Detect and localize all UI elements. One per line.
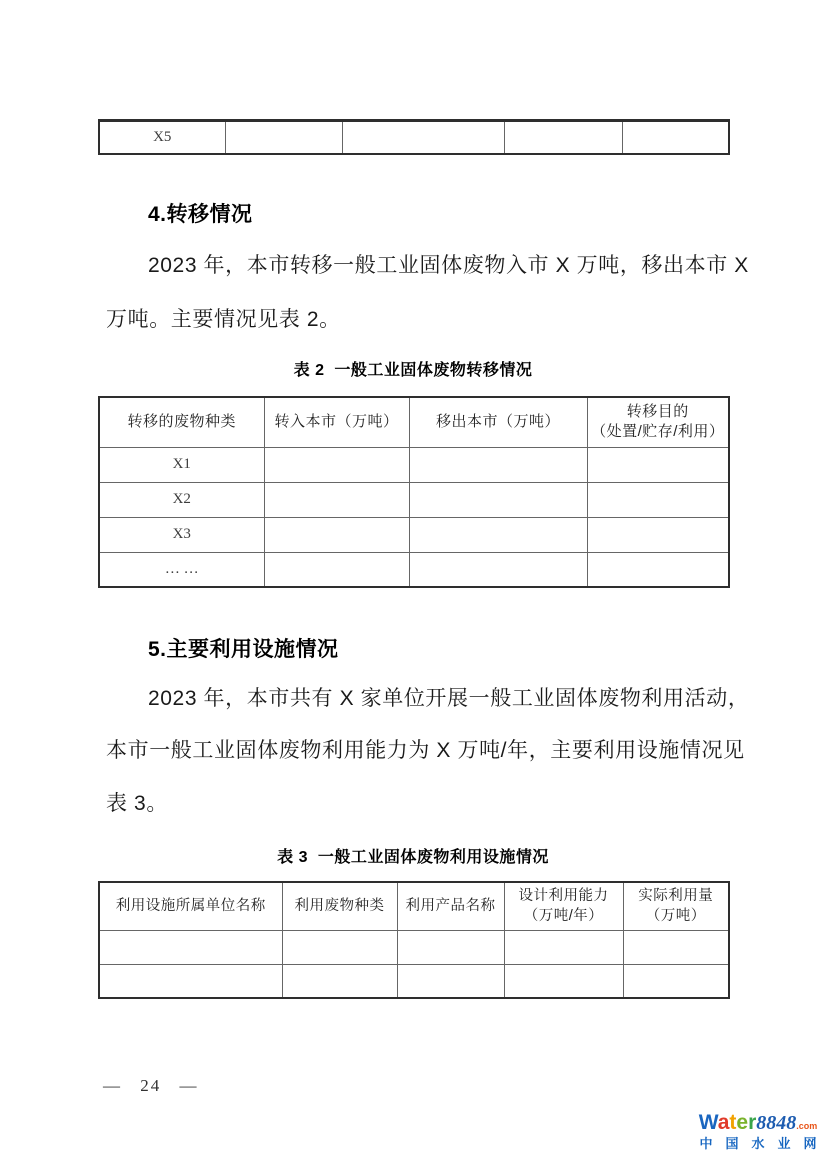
table2-header-purpose: 转移目的 （处置/贮存/利用） [587, 397, 729, 447]
brand-letter: a [718, 1111, 730, 1134]
table2-cell [264, 482, 409, 517]
table3-cell [99, 930, 282, 964]
table3-cell [623, 964, 729, 998]
table2-cell [264, 552, 409, 587]
table-row [99, 964, 729, 998]
table2-cell-label: X1 [99, 447, 264, 482]
table3-header-actual-amount: 实际利用量 （万吨） [623, 882, 729, 930]
brand-number-8848: 8848 [756, 1112, 796, 1134]
table-row: … … [99, 552, 729, 587]
table2-header-in: 转入本市（万吨） [264, 397, 409, 447]
site-watermark-logo: Water8848.com 中国水业网 [692, 1112, 824, 1150]
table1-cell [225, 121, 342, 154]
table2-cell [587, 552, 729, 587]
section4-paragraph-line2: 万吨。主要情况见表 2。 [106, 306, 341, 334]
table3-cell [99, 964, 282, 998]
table3-facilities: 利用设施所属单位名称 利用废物种类 利用产品名称 设计利用能力 （万吨/年） 实… [98, 881, 728, 999]
table2-cell [409, 447, 587, 482]
site-name-text: 中国水业网 [692, 1137, 826, 1150]
table2-caption: 表 2 一般工业固体废物转移情况 [98, 357, 728, 380]
table3-cell [504, 964, 623, 998]
section5-paragraph-line1: 2023 年，本市共有 X 家单位开展一般工业固体废物利用活动， [148, 685, 749, 713]
table2-cell-label: … … [99, 552, 264, 587]
section4-paragraph-line1: 2023 年，本市转移一般工业固体废物入市 X 万吨，移出本市 X [148, 252, 749, 280]
brand-tld-com: .com [796, 1121, 817, 1131]
table-row: X2 [99, 482, 729, 517]
table2-cell [409, 517, 587, 552]
brand-letter: W [699, 1111, 718, 1134]
table-row: X3 [99, 517, 729, 552]
table1-cell [342, 121, 504, 154]
table3-cell [397, 930, 504, 964]
table3-header-design-capacity: 设计利用能力 （万吨/年） [504, 882, 623, 930]
page-number: — 24 — [103, 1076, 199, 1096]
table-header-row: 转移的废物种类 转入本市（万吨） 移出本市（万吨） 转移目的 （处置/贮存/利用… [99, 397, 729, 447]
table2-cell [409, 482, 587, 517]
table2-cell [587, 517, 729, 552]
table-header-row: 利用设施所属单位名称 利用废物种类 利用产品名称 设计利用能力 （万吨/年） 实… [99, 882, 729, 930]
table2-header-out: 移出本市（万吨） [409, 397, 587, 447]
table1-cell-label: X5 [99, 121, 225, 154]
table-row: X5 [99, 121, 729, 154]
brand-line: Water8848.com [692, 1112, 824, 1133]
table2-cell [264, 517, 409, 552]
table3-caption: 表 3 一般工业固体废物利用设施情况 [98, 844, 728, 867]
section4-heading: 4.转移情况 [148, 198, 253, 228]
table2-cell-label: X3 [99, 517, 264, 552]
table3-cell [282, 930, 397, 964]
section5-paragraph-line3: 表 3。 [106, 790, 168, 818]
table1-continuation: X5 [98, 119, 728, 155]
table3-header-product-name: 利用产品名称 [397, 882, 504, 930]
document-page: X5 4.转移情况 2023 年，本市转移一般工业固体废物入市 X 万吨，移出本… [0, 0, 826, 1169]
table3-cell [282, 964, 397, 998]
brand-word-water: Water [699, 1111, 757, 1134]
table2-transfer: 转移的废物种类 转入本市（万吨） 移出本市（万吨） 转移目的 （处置/贮存/利用… [98, 396, 728, 588]
table2-cell [264, 447, 409, 482]
table2-header-waste-type: 转移的废物种类 [99, 397, 264, 447]
table-row: X1 [99, 447, 729, 482]
section5-paragraph-line2: 本市一般工业固体废物利用能力为 X 万吨/年，主要利用设施情况见 [106, 737, 745, 765]
table-row [99, 930, 729, 964]
table3-cell [397, 964, 504, 998]
table3-header-unit-name: 利用设施所属单位名称 [99, 882, 282, 930]
brand-letter: e [736, 1111, 748, 1134]
table3-header-waste-type: 利用废物种类 [282, 882, 397, 930]
table2-cell [409, 552, 587, 587]
table3-cell [504, 930, 623, 964]
table2-cell-label: X2 [99, 482, 264, 517]
table1-cell [504, 121, 622, 154]
table1-cell [622, 121, 729, 154]
section5-heading: 5.主要利用设施情况 [148, 633, 339, 663]
table2-cell [587, 482, 729, 517]
table2-cell [587, 447, 729, 482]
table3-cell [623, 930, 729, 964]
